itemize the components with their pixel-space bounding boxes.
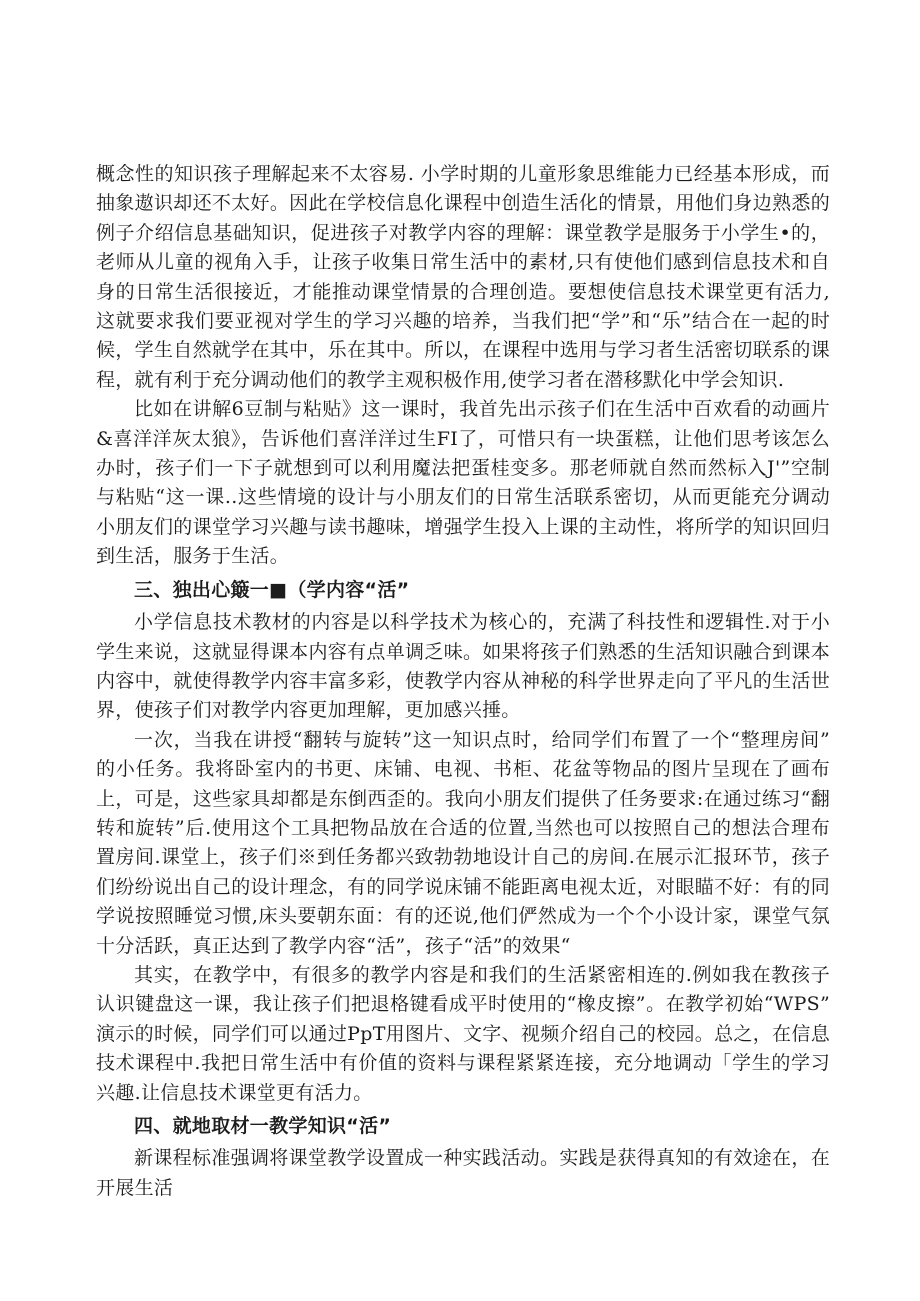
paragraph-keyboard-lesson: 其实，在教学中，有很多的教学内容是和我们的生活紧密相连的.例如我在教孩子认识键盘… bbox=[96, 961, 830, 1108]
section-heading-four: 四、就地取材一教学知识“活” bbox=[96, 1112, 830, 1141]
paragraph-continued-from-previous-page: 概念性的知识孩子理解起来不太容易. 小学时期的儿童形象思维能力已经基本形成，而抽… bbox=[96, 160, 830, 395]
paragraph-new-curriculum: 新课程标准强调将课堂教学设置成一种实践活动。实践是获得真知的有效途在，在开展生活 bbox=[96, 1144, 830, 1203]
document-text-block: 概念性的知识孩子理解起来不太容易. 小学时期的儿童形象思维能力已经基本形成，而抽… bbox=[96, 160, 830, 1203]
section-heading-three: 三、独出心簸一■（学内容“活” bbox=[96, 576, 830, 605]
document-page: 概念性的知识孩子理解起来不太容易. 小学时期的儿童形象思维能力已经基本形成，而抽… bbox=[0, 0, 920, 1301]
paragraph-textbook-content: 小学信息技术教材的内容是以科学技术为核心的，充满了科技性和逻辑性.对于小学生来说… bbox=[96, 608, 830, 726]
paragraph-rotate-flip-lesson: 一次，当我在讲授“翻转与旋转”这一知识点时，给同学们布置了一个“整理房间”的小任… bbox=[96, 726, 830, 961]
paragraph-copy-paste-example: 比如在讲解6豆制与粘贴》这一课时，我首先出示孩子们在生活中百欢看的动画片&喜洋洋… bbox=[96, 395, 830, 571]
